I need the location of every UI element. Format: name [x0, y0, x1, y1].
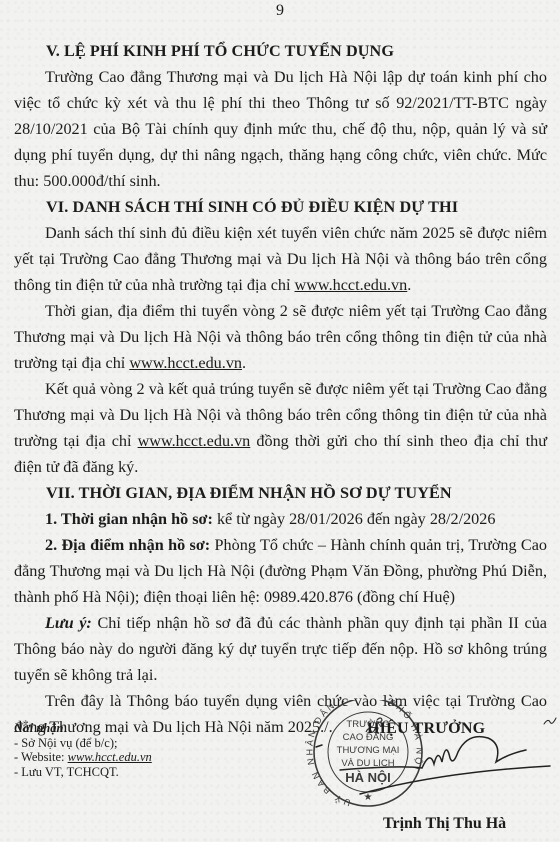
signer-name: Trịnh Thị Thu Hà	[383, 815, 506, 833]
section-v-paragraph: Trường Cao đẳng Thương mại và Du lịch Hà…	[14, 64, 547, 194]
recipient-item: - Website: www.hcct.edu.vn	[14, 750, 152, 765]
section-vi-paragraph-1: Danh sách thí sinh đủ điều kiện xét tuyể…	[14, 220, 547, 298]
website-link[interactable]: www.hcct.edu.vn	[138, 432, 251, 450]
page-number: 9	[0, 2, 560, 20]
website-link[interactable]: www.hcct.edu.vn	[295, 276, 408, 294]
document-page: 9 V. LỆ PHÍ KINH PHÍ TỔ CHỨC TUYỂN DỤNG …	[0, 0, 560, 842]
recipient-item: - Lưu VT, TCHCQT.	[14, 765, 152, 780]
note-label: Lưu ý:	[45, 614, 92, 632]
svg-text:HÀ NỘI: HÀ NỘI	[345, 770, 391, 785]
svg-text:THƯƠNG MẠI: THƯƠNG MẠI	[337, 745, 400, 756]
website-link[interactable]: www.hcct.edu.vn	[68, 750, 152, 764]
website-link[interactable]: www.hcct.edu.vn	[129, 354, 242, 372]
signer-role: HIỆU TRƯỞNG	[367, 720, 485, 738]
recipient-item: - Sở Nội vụ (để b/c);	[14, 736, 152, 751]
signature-block: UỶ BAN NHÂN DÂN THÀNH PHỐ HÀ NỘI TRƯỜNG …	[300, 700, 560, 842]
section-vii-item-2: 2. Địa điểm nhận hồ sơ: Phòng Tổ chức – …	[14, 532, 547, 610]
recipients-block: Nơi nhận: - Sở Nội vụ (để b/c); - Websit…	[14, 721, 152, 779]
section-vii-heading: VII. THỜI GIAN, ĐỊA ĐIỂM NHẬN HỒ SƠ DỰ T…	[14, 480, 547, 506]
item-label: 1. Thời gian nhận hồ sơ:	[45, 510, 213, 528]
svg-text:★: ★	[364, 792, 373, 803]
document-body: V. LỆ PHÍ KINH PHÍ TỔ CHỨC TUYỂN DỤNG Tr…	[14, 38, 547, 740]
section-v-heading: V. LỆ PHÍ KINH PHÍ TỔ CHỨC TUYỂN DỤNG	[14, 38, 547, 64]
section-vii-note: Lưu ý: Chỉ tiếp nhận hồ sơ đã đủ các thà…	[14, 610, 547, 688]
section-vii-item-1: 1. Thời gian nhận hồ sơ: kể từ ngày 28/0…	[14, 506, 547, 532]
section-vi-paragraph-3: Kết quả vòng 2 và kết quả trúng tuyển sẽ…	[14, 376, 547, 480]
section-vi-paragraph-2: Thời gian, địa điểm thi tuyển vòng 2 sẽ …	[14, 298, 547, 376]
recipients-title: Nơi nhận:	[14, 721, 152, 736]
section-vi-heading: VI. DANH SÁCH THÍ SINH CÓ ĐỦ ĐIỀU KIỆN D…	[14, 194, 547, 220]
item-label: 2. Địa điểm nhận hồ sơ:	[45, 536, 210, 554]
